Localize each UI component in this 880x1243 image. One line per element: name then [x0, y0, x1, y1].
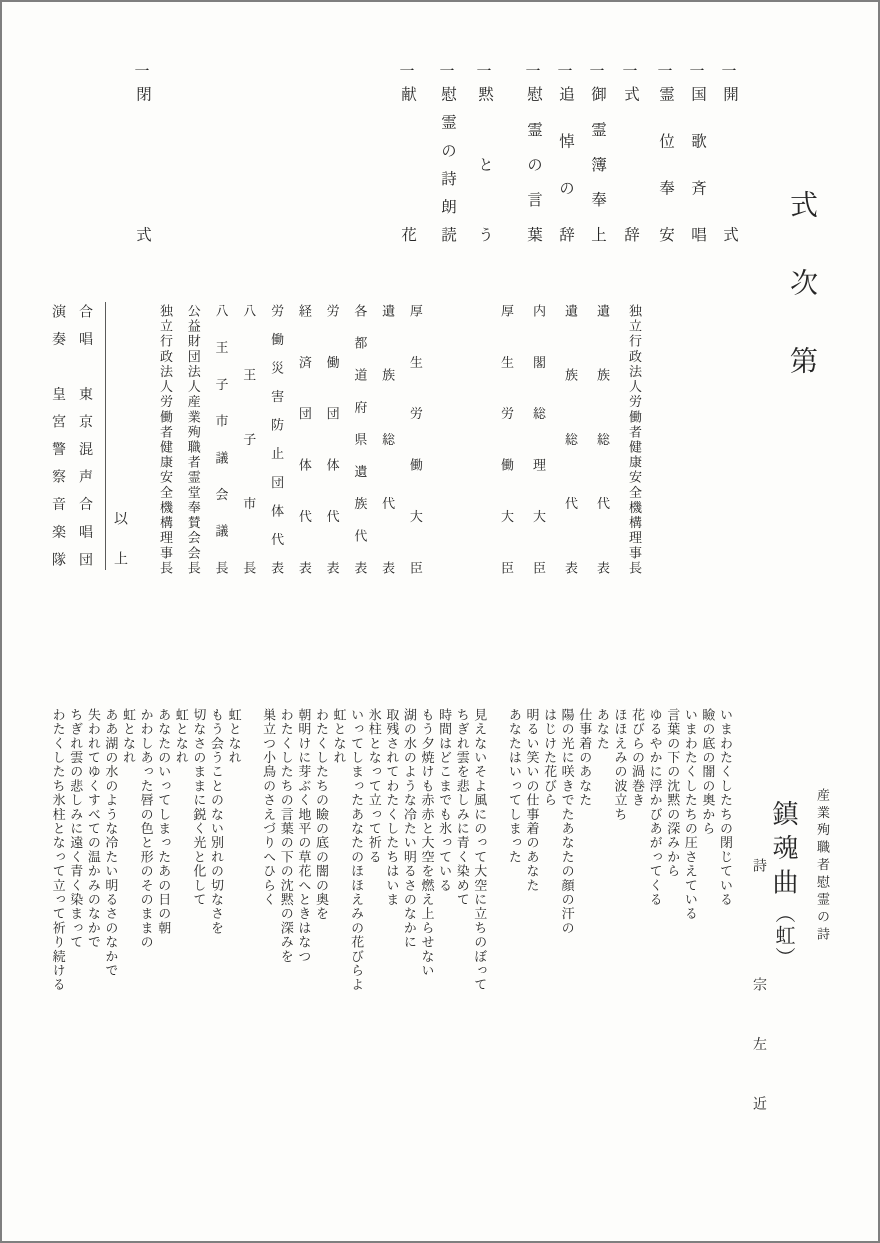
performer: 厚生労働大臣	[406, 304, 424, 574]
poem-line: 花びらの渦巻き	[628, 708, 646, 935]
poem-heading: 産業殉職者慰霊の詩	[814, 788, 830, 940]
performer: 八王子市長	[239, 304, 257, 574]
poem-line: 虹となれ	[225, 708, 243, 992]
poem-line: 巣立つ小鳥のさえづりへひらく	[260, 708, 278, 992]
performer: 厚生労働大臣	[497, 304, 515, 574]
item-label: 献花	[396, 86, 418, 242]
poem-line: 氷柱となって立って祈る	[365, 708, 383, 992]
item-label: 閉式	[131, 86, 153, 242]
performer: 公益財団法人産業殉職者霊堂奉賛会会長	[184, 304, 202, 574]
performer: 労働団体代表	[323, 304, 341, 574]
poem-line: いまわたくしたちの圧さえている	[681, 708, 699, 935]
poem-line: ほほえみの波立ち	[611, 708, 629, 935]
item-marker: 一	[589, 62, 604, 84]
poem-body: いまわたくしたちの閉じている瞼の底の闇の奥からいまわたくしたちの圧さえている言葉…	[48, 708, 734, 1028]
poem-line: わたくしたちの言葉の下の沈黙の深みを	[277, 708, 295, 992]
item-marker: 一	[439, 62, 454, 84]
poem-line: はじけた花びら	[540, 708, 558, 935]
poem-line: 朝明けに芽ぶく地平の草花へときはなつ	[295, 708, 313, 992]
divider-line	[105, 302, 106, 570]
poem-line: 虹となれ	[172, 708, 190, 992]
item-marker: 一	[622, 62, 637, 84]
end-mark: 以上	[110, 511, 128, 565]
poem-line: あなたのいってしまったあの日の朝	[155, 708, 173, 992]
program-item-closing: 一 閉式	[131, 62, 153, 242]
poem-title-main: 鎮魂曲	[769, 800, 798, 903]
poem-line: 切なさのままに鋭く光と化して	[190, 708, 208, 992]
performer: 遺族総代表	[378, 304, 396, 574]
poem-line: ちぎれ雲の悲しみに遠く青く染まって	[67, 708, 85, 992]
item-marker: 一	[689, 62, 704, 84]
poem-line: 虹となれ	[330, 708, 348, 992]
poem-line: 湖の水のような冷たい明るさのなかに	[400, 708, 418, 992]
poem-block-2: 見えないそよ風にのって大空に立ちのぼってちぎれ雲を悲しみに青く染めて時間はどこま…	[260, 708, 489, 992]
performer: 経済団体代表	[295, 304, 313, 574]
poem-line: わたくしたち氷柱となって立って祈り続ける	[49, 708, 67, 992]
music-credit: 演奏 皇宮警察音楽隊	[47, 304, 67, 566]
performer: 独立行政法人労働者健康安全機構理事長	[156, 304, 174, 574]
item-label: 開式	[718, 86, 740, 242]
program-title: 式次第	[784, 190, 818, 374]
poem-line: ゆるやかに浮かびあがってくる	[646, 708, 664, 935]
poem-line: わたくしたちの瞼の底の闇の奥を	[312, 708, 330, 992]
program-item-register: 一 御霊簿奉上	[586, 62, 608, 242]
poem-line: いってしまったあなたのほほえみの花びらよ	[348, 708, 366, 992]
poem-title-suffix: （虹）	[772, 903, 794, 969]
poem-line: もう夕焼けも赤赤と大空を燃え上らせない	[418, 708, 436, 992]
performer: 労働災害防止団体代表	[267, 304, 285, 574]
poem-line: あなた	[593, 708, 611, 935]
item-label: 黙とう	[473, 86, 495, 242]
program-item-memorial-words: 一 慰霊の言葉	[522, 62, 544, 242]
poem-line: 時間はどこまでも氷っている	[436, 708, 454, 992]
flower-offering-performer-list: 厚生労働大臣遺族総代表各都道府県遺族代表労働団体代表経済団体代表労働災害防止団体…	[156, 304, 424, 574]
item-marker: 一	[557, 62, 572, 84]
program-item-flower-offering: 一 献花	[396, 62, 418, 242]
item-marker: 一	[476, 62, 491, 84]
program-item-address: 一 式辞	[619, 62, 641, 242]
poem-author: 詩 宗左近	[750, 858, 767, 1110]
poem-line: もう会うことのない別れの切なさを	[207, 708, 225, 992]
item-marker: 一	[657, 62, 672, 84]
performer: 各都道府県遺族代表	[350, 304, 368, 574]
item-label: 御霊簿奉上	[586, 86, 608, 242]
poem-line: あなたはいってしまった	[505, 708, 523, 935]
program-item-opening: 一 開式	[718, 62, 740, 242]
poem-line: 仕事着のあなた	[576, 708, 594, 935]
item-label: 式辞	[619, 86, 641, 242]
item-label: 霊位奉安	[654, 86, 676, 242]
poem-line: 瞼の底の闇の奥から	[699, 708, 717, 935]
item-marker: 一	[134, 62, 149, 84]
item-marker: 一	[721, 62, 736, 84]
performer: 八王子市議会議長	[212, 304, 230, 574]
performer: 遺族総代表	[561, 304, 579, 574]
poem-line: いまわたくしたちの閉じている	[716, 708, 734, 935]
item-label: 慰霊の詩朗読	[436, 86, 458, 242]
poem-block-3: 虹となれもう会うことのない別れの切なさを切なさのままに鋭く光と化して虹となれあな…	[49, 708, 243, 992]
performer: 独立行政法人労働者健康安全機構理事長	[625, 304, 643, 574]
item-marker: 一	[525, 62, 540, 84]
poem-line: 見えないそよ風にのって大空に立ちのぼって	[471, 708, 489, 992]
program-item-anthem: 一 国歌斉唱	[686, 62, 708, 242]
poem-line: 明るい笑いの仕事着のあなた	[523, 708, 541, 935]
program-page: 式次第 一 開式 一 国歌斉唱 一 霊位奉安 一 式辞 一 御霊簿奉上 一 追悼…	[0, 0, 880, 1243]
poem-line: 虹となれ	[119, 708, 137, 992]
chorus-credit: 合唱 東京混声合唱団	[74, 304, 94, 566]
program-item-poem-reading: 一 慰霊の詩朗読	[436, 62, 458, 242]
poem-line: 言葉の下の沈黙の深みから	[664, 708, 682, 935]
performer: 遺族総代表	[593, 304, 611, 574]
poem-line: 陽の光に咲きでたあなたの顔の汗の	[558, 708, 576, 935]
poem-line: 失われてゆくすべての温かみのなかで	[84, 708, 102, 992]
item-label: 追悼の辞	[554, 86, 576, 242]
poem-title: 鎮魂曲（虹）	[768, 800, 798, 969]
item-marker: 一	[399, 62, 414, 84]
poem-line: ちぎれ雲を悲しみに青く染めて	[453, 708, 471, 992]
program-item-condolence: 一 追悼の辞	[554, 62, 576, 242]
program-item-enshrinement: 一 霊位奉安	[654, 62, 676, 242]
item-label: 慰霊の言葉	[522, 86, 544, 242]
item-label: 国歌斉唱	[686, 86, 708, 242]
poem-line: かわしあった唇の色と形のそのままの	[137, 708, 155, 992]
poem-line: ああ湖の水のような冷たい明るさのなかで	[102, 708, 120, 992]
poem-block-1: いまわたくしたちの閉じている瞼の底の闇の奥からいまわたくしたちの圧さえている言葉…	[505, 708, 734, 935]
program-item-silence: 一 黙とう	[473, 62, 495, 242]
performer: 内閣総理大臣	[529, 304, 547, 574]
poem-line: 取残されてわたくしたちはいま	[383, 708, 401, 992]
